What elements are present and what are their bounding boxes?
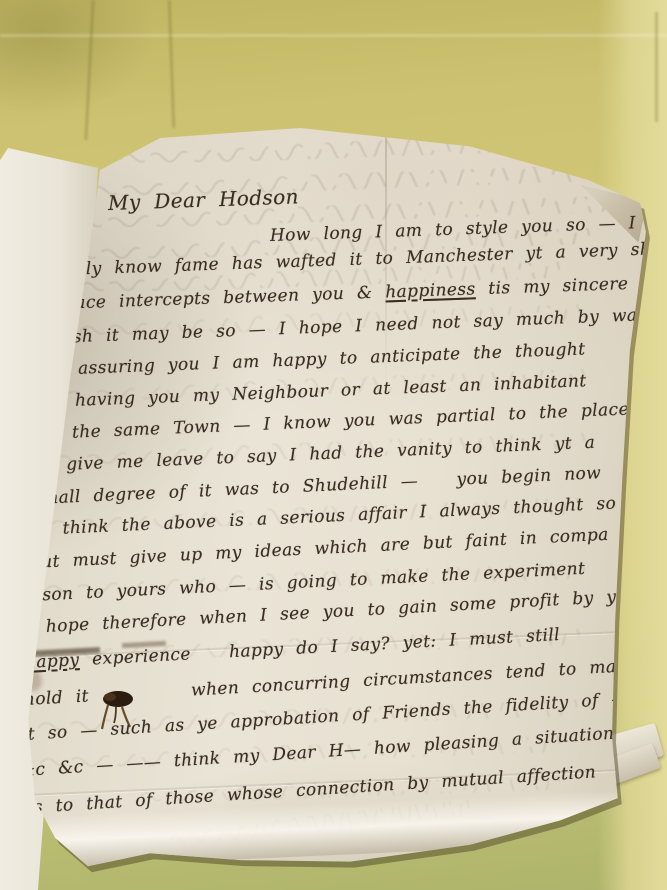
photo-of-letter: My Dear Hodson How long I am to style yo… (0, 0, 667, 890)
bleed-through-writing (120, 132, 620, 165)
letter-page: My Dear Hodson How long I am to style yo… (20, 115, 660, 880)
letter-line-text: tis my sincere (475, 274, 628, 299)
mat-crease (655, 12, 658, 122)
mat-fold-highlight (0, 34, 667, 37)
mat-shading (0, 0, 220, 160)
underlined-word: happiness (385, 279, 476, 302)
letter-line salutation: My Dear Hodson (108, 186, 300, 213)
